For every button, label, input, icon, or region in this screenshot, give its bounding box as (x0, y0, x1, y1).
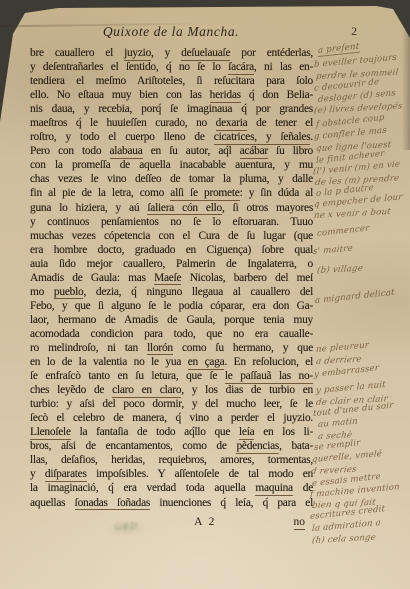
signature-row: A 2 no (30, 516, 313, 531)
text-line: turbio: y aſsi del poco dormir, y del mu… (30, 398, 313, 412)
running-title: Quixote de la Mancha. (30, 24, 312, 40)
text-line: y continuos penſamientos no ſe lo eſtoru… (30, 216, 313, 230)
text-line: Pero con todo alabaua en ſu autor, aq́l … (30, 145, 313, 159)
text-line: con la promeſſa de aquella inacabable au… (30, 159, 313, 173)
body-text-block: bre cauallero el juyzio, y deſuelauaſe p… (30, 47, 313, 511)
text-line: bros, aſsi de encantamentos, como de pẽd… (30, 440, 313, 454)
ink-stamp-smudge: GPD (106, 520, 149, 538)
text-line: y diſparates impoſsibles. Y aſſentoſele … (30, 468, 313, 482)
page-edge-shadow (402, 30, 410, 150)
text-line: bre cauallero el juyzio, y deſuelauaſe p… (30, 47, 313, 61)
page-header: Quixote de la Mancha. 2 (30, 24, 312, 42)
text-line: ello. No eſtaua muy bien con las heridas… (30, 89, 313, 103)
text-line: en lo de la valentia no le yua en çaga. … (30, 356, 313, 370)
text-line: ches leyẽdo de claro en claro, y los dia… (30, 384, 313, 398)
text-line: maeſtros q́ le huuieſſen curado, no dexa… (30, 117, 313, 131)
text-line: Febo, y que ſi alguno ſe le podia cópara… (30, 300, 313, 314)
text-line: auia ſido mejor cauallero, Palmerin de I… (30, 258, 313, 272)
text-line: era hombre docto, graduado en Ciguença) … (30, 244, 313, 258)
text-line: laor, hermano de Amadis de Gaula, porque… (30, 314, 313, 328)
text-line: Llenoſele la fantaſia de todo aq́llo que… (30, 426, 313, 440)
signature-mark: A 2 (194, 516, 216, 528)
text-line: fin al pie de la letra, como alſi ſe pro… (30, 187, 313, 201)
catchword: no (294, 516, 306, 530)
text-line: nis daua, y recebia, porq́ ſe imaginaua … (30, 103, 313, 117)
text-line: acomodada condicion para todo, que no er… (30, 328, 313, 342)
text-line: ſecò el celebro de manera, q́ vino a per… (30, 412, 313, 426)
text-line: roſtro, y todo el cuerpo lleno de cicatr… (30, 131, 313, 145)
text-line: y deſentrañarles el ſentido, q́ no ſe lo… (30, 61, 313, 75)
text-line: aquellas ſonadas ſoñadas inuenciones q́ … (30, 497, 313, 511)
text-line: llas, deſafios, heridas, requiebros, amo… (30, 454, 313, 468)
text-line: guna lo hiziera, y aú ſaliera cón ello, … (30, 202, 313, 216)
text-line: Amadis de Gaula: mas Maeſe Nicolas, barb… (30, 272, 313, 286)
text-line: tendiera el meſmo Ariſtoteles, ſi reſuci… (30, 75, 313, 89)
page-number: 2 (351, 26, 357, 38)
text-line: la imaginació, q́ era verdad toda aquell… (30, 482, 313, 496)
text-line: ſe enfraſcò tanto en ſu letura, que ſe l… (30, 370, 313, 384)
text-line: ro melindroſo, ni tan llorón como ſu her… (30, 342, 313, 356)
text-line: mo pueblo, dezia, q́ ninguno llegaua al … (30, 286, 313, 300)
scanned-book-page: { "colors":{ "scan_background":"#3e3a34"… (0, 0, 410, 589)
text-line: chas vezes le vino deſſeo de tomar la pl… (30, 173, 313, 187)
text-line: muchas vezes cópetencia con el Cura de ſ… (30, 230, 313, 244)
